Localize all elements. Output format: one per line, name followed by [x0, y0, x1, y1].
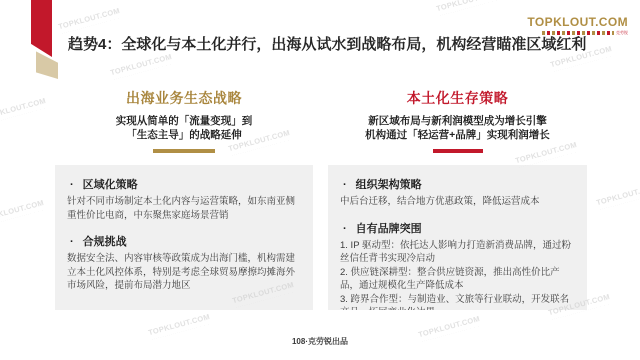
accent-bar-red	[433, 149, 483, 153]
column-subtitle: 新区域布局与新利润模型成为增长引擎 机构通过「轻运营+品牌」实现利润增长	[328, 114, 587, 142]
watermark: TOPKLOUT.COM······················ · · ·	[109, 52, 174, 82]
ribbon-red-shape	[31, 0, 52, 57]
watermark: TOPKLOUT.COM······················ · · ·	[595, 182, 640, 212]
section-heading: ·自有品牌突围	[340, 220, 575, 236]
logo-wordmark: TOPKLOUT.COM	[527, 15, 628, 29]
content-panel: ·区域化策略 针对不同市场制定本土化内容与运营策略，如东南亚侧重性价比电商，中东…	[55, 165, 313, 310]
column-title: 本土化生存策略	[328, 88, 587, 108]
section-body: 数据安全法、内容审核等政策成为出海门槛，机构需建立本土化风控体系，特别是考虑全球…	[67, 252, 301, 293]
bullet-icon: ·	[70, 236, 74, 248]
logo-cn-text: 克劳锐	[616, 31, 628, 35]
section-own-brand: ·自有品牌突围 1. IP 驱动型：依托达人影响力打造新消费品牌，通过粉丝信任背…	[340, 220, 575, 311]
section-regional-strategy: ·区域化策略 针对不同市场制定本土化内容与运营策略，如东南亚侧重性价比电商，中东…	[67, 176, 301, 222]
column-subtitle-line2: 机构通过「轻运营+品牌」实现利润增长	[365, 129, 550, 141]
watermark: TOPKLOUT.COM······················ · · ·	[57, 6, 122, 36]
section-heading: ·合规挑战	[67, 233, 301, 249]
logo-squares-row: 克劳锐	[527, 31, 628, 35]
accent-bar-gold	[153, 149, 215, 153]
bullet-icon: ·	[70, 179, 74, 191]
column-localization-strategy: 本土化生存策略 新区域布局与新利润模型成为增长引擎 机构通过「轻运营+品牌」实现…	[328, 88, 587, 310]
section-compliance-challenge: ·合规挑战 数据安全法、内容审核等政策成为出海门槛，机构需建立本土化风控体系，特…	[67, 233, 301, 293]
slide-title: 趋势4：全球化与本土化并行，出海从试水到战略布局，机构经营瞄准区域红利	[68, 36, 608, 54]
column-subtitle-line2: 「生态主导」的战略延伸	[126, 129, 242, 141]
column-overseas-strategy: 出海业务生态战略 实现从简单的「流量变现」到 「生态主导」的战略延伸 ·区域化策…	[55, 88, 313, 310]
page-footer: 108·克劳锐出品	[0, 336, 640, 347]
section-heading: ·区域化策略	[67, 176, 301, 192]
column-subtitle: 实现从简单的「流量变现」到 「生态主导」的战略延伸	[55, 114, 313, 142]
topklout-logo: TOPKLOUT.COM 克劳锐	[527, 15, 628, 35]
column-title: 出海业务生态战略	[55, 88, 313, 108]
section-org-structure: ·组织架构策略 中后台迁移，结合地方优惠政策，降低运营成本	[340, 176, 575, 209]
content-panel: ·组织架构策略 中后台迁移，结合地方优惠政策，降低运营成本 ·自有品牌突围 1.…	[328, 165, 587, 310]
bullet-icon: ·	[343, 223, 347, 235]
watermark: TOPKLOUT.COM······················ · · ·	[0, 96, 48, 126]
logo-squares-strip	[542, 31, 614, 35]
watermark: TOPKLOUT.COM······················ · · ·	[435, 0, 500, 18]
bullet-icon: ·	[343, 179, 347, 191]
section-body: 针对不同市场制定本土化内容与运营策略，如东南亚侧重性价比电商，中东聚焦家庭场景营…	[67, 195, 301, 222]
column-subtitle-line1: 新区域布局与新利润模型成为增长引擎	[368, 115, 547, 127]
section-heading: ·组织架构策略	[340, 176, 575, 192]
section-body: 1. IP 驱动型：依托达人影响力打造新消费品牌，通过粉丝信任背书实现冷启动 2…	[340, 239, 575, 311]
watermark: TOPKLOUT.COM······················ · · ·	[0, 198, 46, 228]
section-body: 中后台迁移，结合地方优惠政策，降低运营成本	[340, 195, 575, 209]
column-subtitle-line1: 实现从简单的「流量变现」到	[116, 115, 253, 127]
